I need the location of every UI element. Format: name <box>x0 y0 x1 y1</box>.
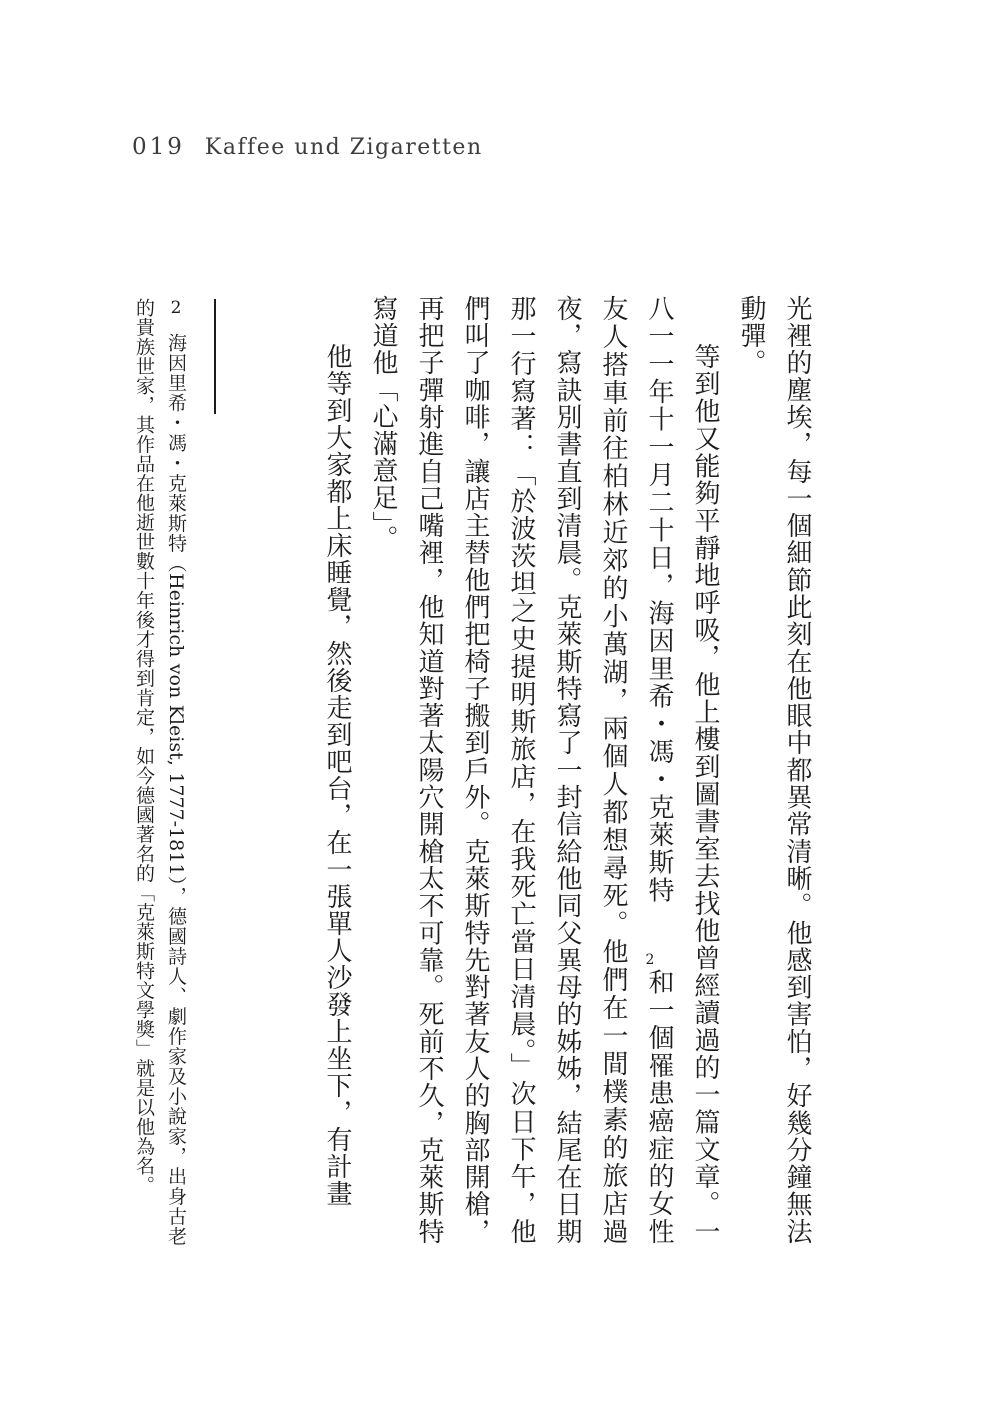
footnote-block: 2海因里希・馮・克萊斯特（Heinrich von Kleist, 1777-1… <box>118 298 192 1246</box>
page-header: 019 Kaffee und Zigaretten <box>132 134 483 160</box>
footnote-number: 2 <box>166 298 186 319</box>
footnote-text-latin-name: Heinrich von Kleist, 1777-1811 <box>165 573 187 875</box>
book-page: 019 Kaffee und Zigaretten 光裡的塵埃，每一個細節此刻在… <box>0 0 1000 1406</box>
paragraph-3: 他等到大家都上床睡覺，然後走到吧台，在一張單人沙發上坐下，有計畫 <box>314 295 360 1245</box>
page-number: 019 <box>132 134 185 160</box>
footnote-separator-rule <box>214 299 216 414</box>
paragraph-2-text-after-footnote-ref: 和一個罹患癌症的女性友人搭車前往柏林近郊的小萬湖，兩個人都想尋死。他們在一間樸素… <box>368 295 674 1245</box>
main-text-block: 光裡的塵埃，每一個細節此刻在他眼中都異常清晰。他感到害怕，好幾分鐘無法動彈。 等… <box>308 295 820 1245</box>
paragraph-2: 等到他又能夠平靜地呼吸，他上樓到圖書室去找他曾經讀過的一篇文章。一八一一年十一月… <box>360 295 728 1245</box>
footnote-text-cjk-1: 海因里希・馮・克萊斯特（ <box>165 333 187 574</box>
paragraph-1: 光裡的塵埃，每一個細節此刻在他眼中都異常清晰。他感到害怕，好幾分鐘無法動彈。 <box>728 295 820 1245</box>
running-title: Kaffee und Zigaretten <box>205 135 483 160</box>
